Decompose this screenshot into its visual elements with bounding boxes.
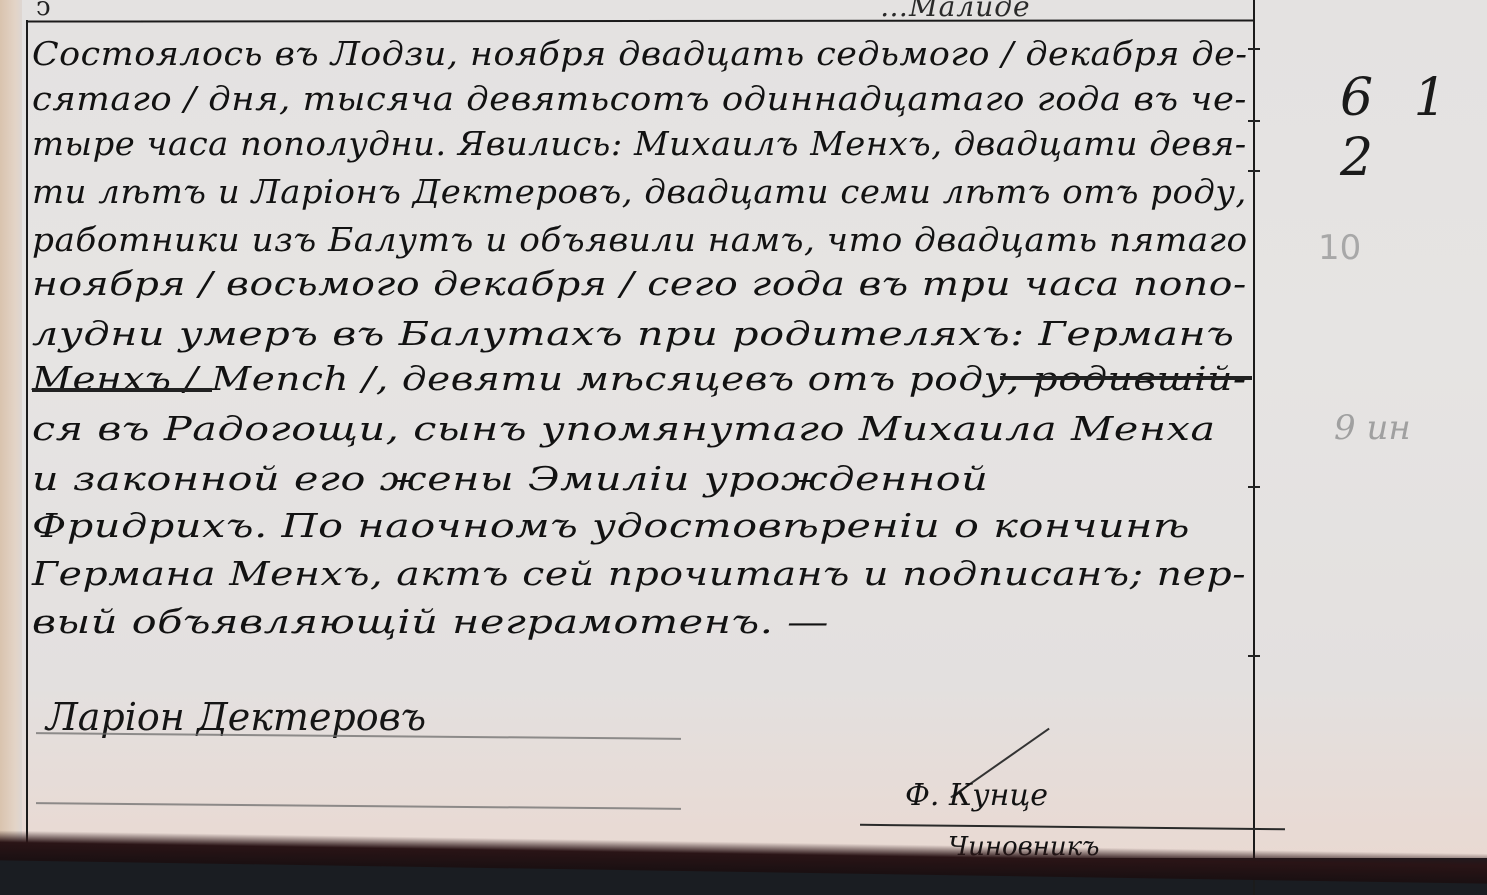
record-line-11: Фридрихъ. По наочномъ удостовѣреніи о ко… — [32, 506, 1190, 545]
record-number: 6 1 2 — [1340, 68, 1487, 188]
previous-entry-signature-fragment: …Малиде — [880, 0, 1031, 23]
record-line-10: и законной его жены Эмиліи урожденной — [32, 459, 988, 498]
name-underline-mench — [32, 388, 212, 392]
document-page: ↄ …Малиде Состоялось въ Лодзи, ноября дв… — [0, 0, 1487, 858]
record-line-1: Состоялось въ Лодзи, ноября двадцать сед… — [32, 34, 1248, 73]
record-line-4: ти лѣтъ и Ларіонъ Дектеровъ, двадцати се… — [32, 172, 1247, 211]
ruled-line-top — [26, 19, 1255, 22]
official-title: Чиновникъ — [948, 832, 1099, 862]
pencil-note-2: 9 ин — [1334, 408, 1411, 448]
pencil-note-1: 10 — [1318, 228, 1361, 268]
previous-entry-mark: ↄ — [36, 0, 51, 22]
record-line-9: ся въ Радогощи, сынъ упомянутаго Михаила… — [32, 409, 1216, 448]
record-line-6: ноября / восьмого декабря / сего года въ… — [32, 264, 1247, 303]
record-line-12: Германа Менхъ, актъ сей прочитанъ и подп… — [32, 554, 1246, 593]
ruled-line-right-margin — [1253, 0, 1255, 895]
record-line-13: вый объявляющій неграмотенъ. — — [32, 602, 829, 641]
signature-line-2 — [36, 802, 681, 810]
line-continuation-tick — [1248, 120, 1260, 122]
book-binding-edge — [0, 0, 22, 858]
line-continuation-tick — [1248, 48, 1260, 50]
record-line-5: работники изъ Балутъ и объявили намъ, чт… — [32, 220, 1248, 259]
line-continuation-tick — [1248, 655, 1260, 657]
official-signature: Ф. Кунце — [905, 778, 1048, 813]
line-continuation-tick — [1248, 170, 1260, 172]
record-line-7: лудни умеръ въ Балутахъ при родителяхъ: … — [32, 314, 1234, 353]
ruled-line-left — [26, 20, 28, 858]
official-signature-underline — [860, 824, 1285, 830]
record-line-3: тыре часа пополудни. Явились: Михаилъ Ме… — [32, 124, 1247, 163]
line-continuation-tick — [1248, 486, 1260, 488]
name-underline-herman — [1000, 376, 1252, 380]
record-line-2: сятаго / дня, тысяча девятьсотъ одиннадц… — [32, 79, 1247, 118]
